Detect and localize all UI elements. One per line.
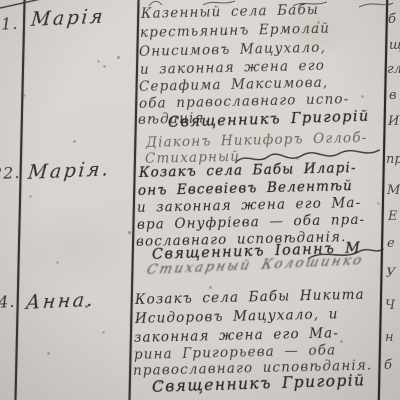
entry-number: 21. [0, 14, 19, 34]
margin-fragment: Ч [385, 298, 395, 313]
entry-text-line: оба православнаго испо- [139, 91, 350, 112]
margin-fragment: б [388, 12, 396, 27]
entry-name: Марія. [27, 158, 112, 184]
margin-fragment: У [386, 266, 395, 281]
entry-name: Марія [30, 6, 106, 31]
entry-number: 22. [0, 163, 21, 183]
margin-fragment: б [384, 358, 392, 373]
margin-fragment: гл [387, 62, 400, 77]
entry-text-line: Козакъ села Бабы Никита [135, 287, 365, 308]
entry-text-line: Онисимовъ Мацухало, [139, 40, 326, 60]
entry-text-line: крестьянинъ Ермолай [140, 21, 330, 41]
paper-speckles [0, 0, 1, 1]
entry-number: 24. [0, 292, 16, 312]
margin-fragment: в [389, 88, 397, 103]
margin-fragment: И [388, 114, 399, 129]
margin-fragment: Е [388, 209, 398, 224]
margin-fragment: пр [386, 152, 400, 167]
entry-text-line: Исидоровъ Мацухало, и [135, 306, 339, 327]
margin-fragment: е [387, 236, 395, 251]
scan-page: 21. Марія Казенный села Бабы крестьянинъ… [0, 0, 400, 400]
entry-text-line: Казенный села Бабы [141, 2, 319, 22]
margin-fragment: М [387, 183, 400, 198]
margin-fragment: щ [389, 38, 400, 53]
entry-name: Анна. [25, 289, 96, 314]
margin-fragment: н [385, 330, 394, 345]
column-rule-left [14, 0, 25, 400]
